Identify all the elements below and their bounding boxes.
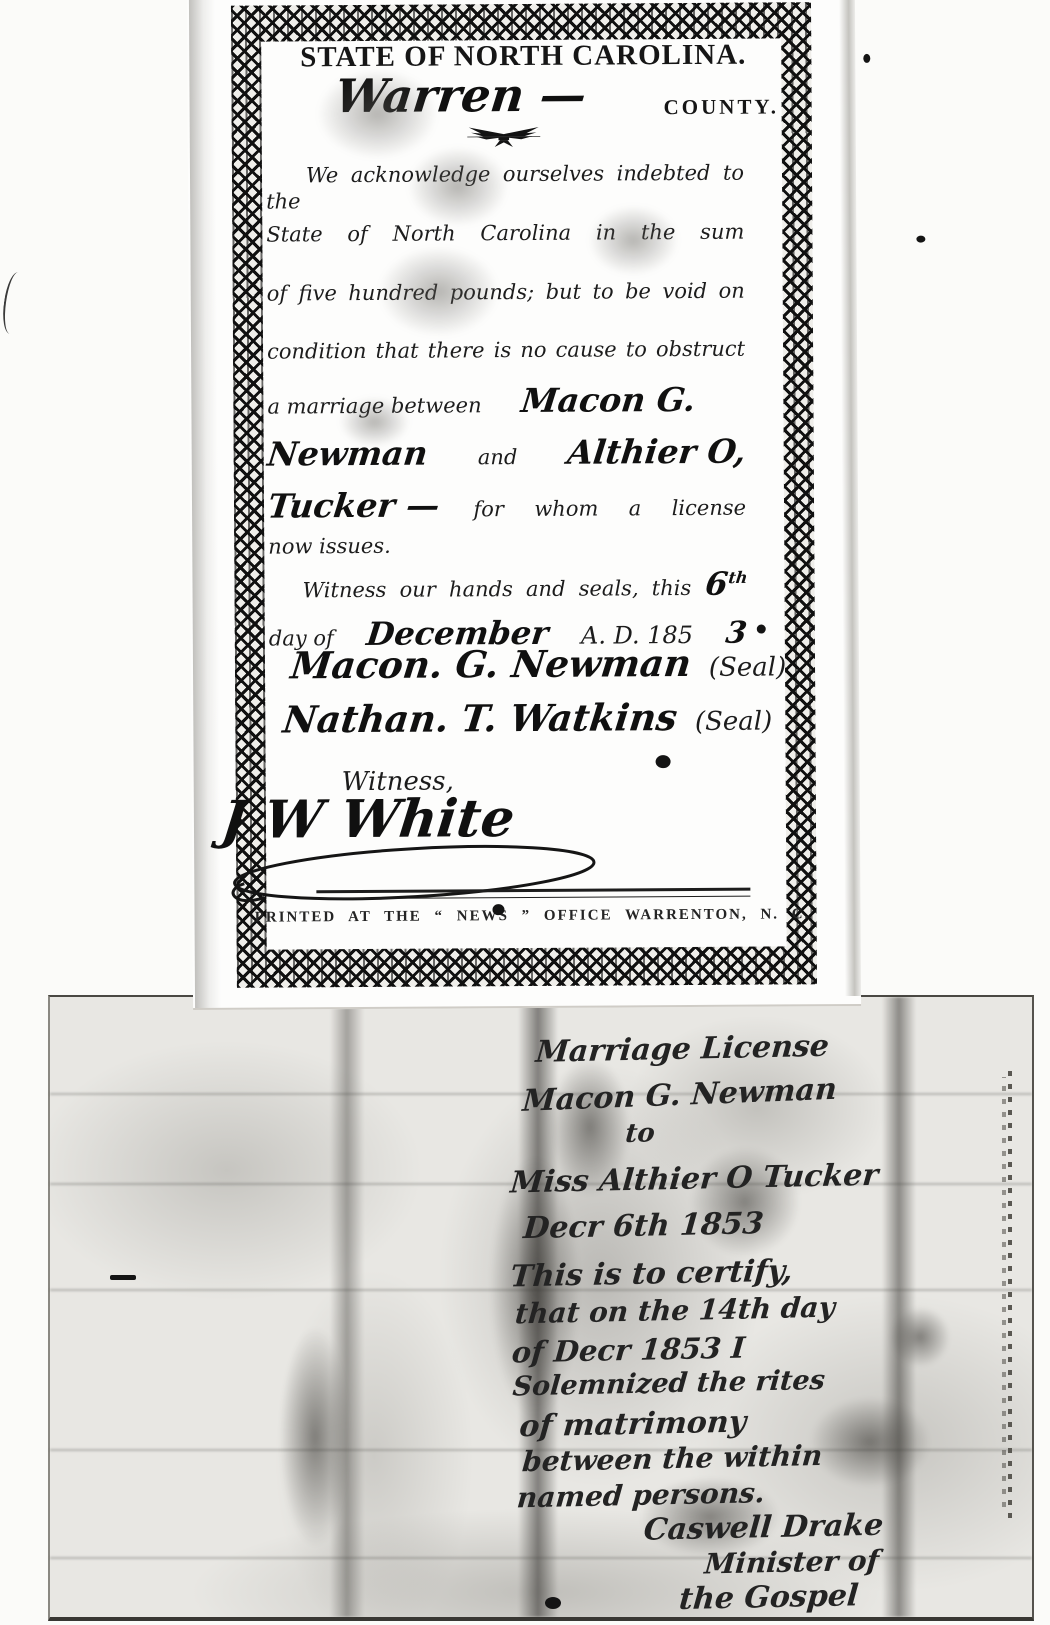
bond-line-6: Newman and Althier O, xyxy=(268,437,746,471)
groom-first-name-handwritten: Macon G. xyxy=(520,385,697,416)
bond-line-5: a marriage between Macon G. xyxy=(267,385,745,419)
bond-line-4: condition that there is no cause to obst… xyxy=(267,336,745,365)
docket-to: to xyxy=(624,1118,656,1149)
horizontal-crease xyxy=(50,1557,1032,1559)
seal-tag: (Seal) xyxy=(695,706,772,736)
paper-right-edge xyxy=(839,0,861,996)
docket-date: Decr 6th 1853 xyxy=(522,1206,765,1246)
eagle-ornament-icon xyxy=(466,124,542,150)
certification-line: This is to certify, xyxy=(509,1254,794,1295)
printed-text: and xyxy=(478,445,518,469)
docket-bride-name: Miss Althier O Tucker xyxy=(509,1158,880,1201)
docket-writing: Marriage License Macon G. Newman to Miss… xyxy=(505,1010,935,1019)
ink-speck xyxy=(863,54,870,63)
minister-title-line: the Gospel xyxy=(678,1578,860,1617)
ink-smudge xyxy=(408,146,508,227)
stain xyxy=(890,1307,950,1367)
ink-blot xyxy=(656,755,671,768)
ink-smudge xyxy=(378,246,499,337)
stain xyxy=(810,1397,930,1487)
bride-first-name-handwritten: Althier O, xyxy=(566,437,748,468)
bride-last-name-handwritten: Tucker — xyxy=(266,491,441,522)
bond-line-7: Tucker — for whom a license xyxy=(268,489,746,523)
certification-line: named persons. xyxy=(516,1476,766,1514)
signature-line: Nathan. T. Watkins (Seal) xyxy=(283,696,772,744)
ink-smudge xyxy=(339,397,409,447)
certification-line: between the within xyxy=(521,1439,824,1478)
printer-imprint: PRINTED AT THE “ NEWS ” OFFICE WARRENTON… xyxy=(252,906,812,926)
scanned-marriage-record: STATE OF NORTH CAROLINA. Warren — COUNTY… xyxy=(0,0,1050,1625)
stray-pen-mark xyxy=(0,271,28,335)
bond-line-9: Witness our hands and seals, this 6th xyxy=(268,565,746,606)
bond-line-8: now issues. xyxy=(268,531,746,560)
ink-smudge xyxy=(317,69,438,160)
seal-tag: (Seal) xyxy=(709,652,786,682)
marriage-bond-front-page: STATE OF NORTH CAROLINA. Warren — COUNTY… xyxy=(187,0,861,1010)
ink-blot xyxy=(492,904,504,915)
ink-speck xyxy=(916,236,925,243)
certification-line: Solemnized the rites xyxy=(511,1365,826,1403)
minister-signature: Caswell Drake xyxy=(642,1508,884,1548)
minister-title-line: Minister of xyxy=(703,1544,880,1581)
fold-crease xyxy=(882,997,916,1617)
stitch-marks xyxy=(1008,1063,1012,1518)
printed-text: Witness our hands and seals, this xyxy=(268,576,705,603)
groom-last-name-handwritten: Newman xyxy=(266,439,429,470)
county-label: COUNTY. xyxy=(664,94,779,120)
printed-text: for whom a license xyxy=(439,496,746,522)
bondsman-signature: Nathan. T. Watkins xyxy=(281,697,679,739)
ink-smudge xyxy=(588,205,678,276)
signature-line: Macon. G. Newman (Seal) xyxy=(291,642,786,690)
certification-line: of Decr 1853 I xyxy=(511,1331,747,1370)
ink-speck xyxy=(757,625,766,634)
bond-day-handwritten: 6th xyxy=(703,565,749,603)
stain xyxy=(280,1327,350,1547)
groom-signature: Macon. G. Newman xyxy=(289,643,694,685)
certification-line: of matrimony xyxy=(518,1405,748,1445)
ink-blot xyxy=(545,1597,561,1609)
stitch-marks xyxy=(1002,1077,1006,1507)
certification-line: that on the 14th day xyxy=(514,1291,836,1331)
docket-back-page: Marriage License Macon G. Newman to Miss… xyxy=(48,995,1034,1621)
pen-dash xyxy=(110,1275,136,1280)
bond-line-3: of five hundred pounds; but to be void o… xyxy=(267,278,745,307)
docket-title: Marriage License xyxy=(534,1029,830,1070)
